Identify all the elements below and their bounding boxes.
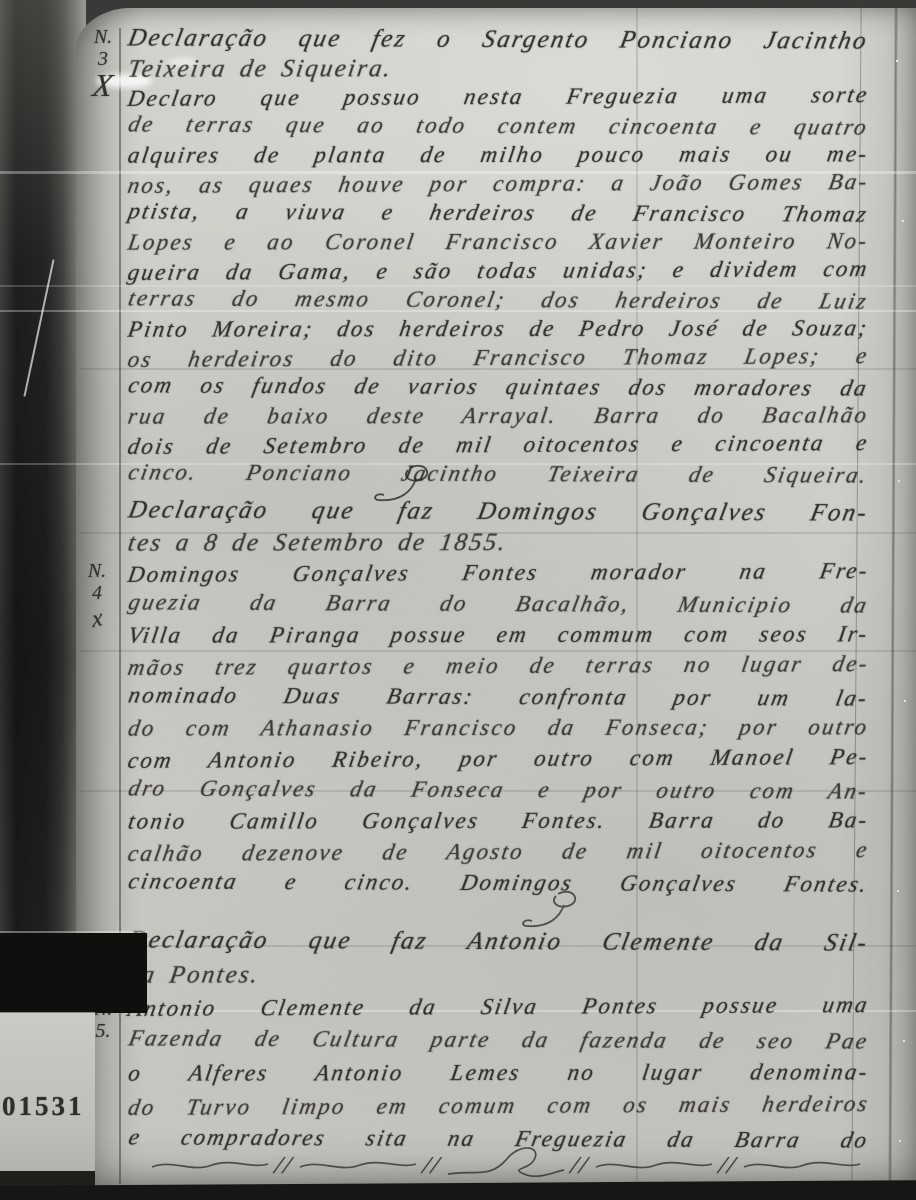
manuscript-line: do Turvo limpo em comum com os mais herd… xyxy=(125,1091,871,1128)
stamp-strip: 01531 xyxy=(0,1013,95,1173)
manuscript-line: terras do mesmo Coronel; dos herdeiros d… xyxy=(125,285,870,317)
scanned-manuscript: Declaração que fez o Sargento Ponciano J… xyxy=(0,0,916,1200)
wavy-stroke-icon xyxy=(298,1155,418,1178)
manuscript-line: Declaro que possuo nesta Freguezia uma s… xyxy=(125,82,871,115)
manuscript-line: nominado Duas Barras: confronta por um l… xyxy=(125,682,871,716)
manuscript-line: Fazenda de Cultura parte da fazenda de s… xyxy=(125,1025,871,1061)
register-entry: Declaração que faz Domingos Gonçalves Fo… xyxy=(128,498,868,901)
margin-m-num: 5. xyxy=(96,1020,111,1042)
manuscript-line: os herdeiros do dito Francisco Thomaz Lo… xyxy=(125,343,871,376)
manuscript-line: guezia da Barra do Bacalhão, Municipio d… xyxy=(125,589,871,623)
manuscript-line: cinco. Ponciano Jacintho Teixeira de Siq… xyxy=(125,459,870,491)
page-number-stamp: 01531 xyxy=(2,1091,85,1122)
wavy-stroke-icon xyxy=(742,1155,862,1178)
manuscript-line: o Alferes Antonio Lemes no lugar denomin… xyxy=(125,1059,870,1093)
dust-speckles xyxy=(896,60,898,62)
manuscript-line: Teixeira de Siqueira. xyxy=(126,54,871,84)
manuscript-line: cincoenta e cinco. Domingos Gonçalves Fo… xyxy=(125,868,871,902)
margin-m-label: N. xyxy=(88,560,106,582)
register-entry: Declaração que fez o Sargento Ponciano J… xyxy=(128,26,868,490)
line-fill-mark: // xyxy=(420,1153,443,1180)
manuscript-line: mãos trez quartos e meio de terras no lu… xyxy=(125,651,871,686)
line-fill-mark: // xyxy=(568,1153,591,1180)
manuscript-line: alquires de planta de milho pouco mais o… xyxy=(126,141,871,171)
manuscript-line: ptista, a viuva e herdeiros de Francisco… xyxy=(125,198,870,230)
manuscript-line: nos, as quaes houve por compra: a João G… xyxy=(125,169,871,202)
entry-margin-number: N.3X xyxy=(86,26,120,100)
cross-out-mark: X xyxy=(91,70,115,100)
line-fill-mark: // xyxy=(272,1153,295,1180)
manuscript-line: com os fundos de varios quintaes dos mor… xyxy=(125,372,870,404)
manuscript-line: Declaração que faz Domingos Gonçalves Fo… xyxy=(125,496,871,530)
manuscript-line: calhão dezenove de Agosto de mil oitocen… xyxy=(125,837,871,872)
manuscript-line: Domingos Gonçalves Fontes morador na Fre… xyxy=(125,558,871,593)
manuscript-line: tonio Camillo Gonçalves Fontes. Barra do… xyxy=(125,807,870,839)
line-filler-flourish: //////// xyxy=(150,1146,862,1186)
manuscript-line: do com Athanasio Francisco da Fonseca; p… xyxy=(125,714,870,746)
margin-m-num: 4 xyxy=(92,582,102,604)
manuscript-line: dois de Setembro de mil oitocentos e cin… xyxy=(125,430,871,463)
wavy-stroke-icon xyxy=(150,1155,270,1178)
manuscript-line: rua de baixo deste Arrayal. Barra do Bac… xyxy=(126,402,871,432)
manuscript-line: Declaração que fez o Sargento Ponciano J… xyxy=(125,24,870,56)
manuscript-line: Declaração que faz Antonio Clemente da S… xyxy=(125,926,871,962)
manuscript-line: dro Gonçalves da Fonseca e por outro com… xyxy=(125,775,871,809)
manuscript-line: va Pontes. xyxy=(125,960,870,994)
manuscript-line: gueira da Gama, e são todas unidas; e di… xyxy=(125,256,871,289)
manuscript-line: Lopes e ao Coronel Francisco Xavier Mont… xyxy=(126,228,871,258)
register-entry: Declaração que faz Antonio Clemente da S… xyxy=(128,928,868,1159)
wavy-stroke-icon xyxy=(594,1155,714,1178)
manuscript-line: com Antonio Ribeiro, por outro com Manoe… xyxy=(125,744,871,779)
entry-margin-number: N.4x xyxy=(80,560,114,634)
manuscript-line: tes a 8 de Setembro de 1855. xyxy=(125,528,870,560)
scan-black-block xyxy=(0,933,147,1013)
margin-m-label: N. xyxy=(94,26,112,48)
manuscript-line: de terras que ao todo contem cincoenta e… xyxy=(125,111,870,143)
cross-out-mark: x xyxy=(91,603,103,636)
manuscript-line: Antonio Clemente da Silva Pontes possue … xyxy=(125,992,871,1029)
line-fill-mark: // xyxy=(716,1153,739,1180)
manuscript-line: Pinto Moreira; dos herdeiros de Pedro Jo… xyxy=(126,315,871,345)
manuscript-line: Villa da Piranga possue em commum com se… xyxy=(125,621,870,653)
